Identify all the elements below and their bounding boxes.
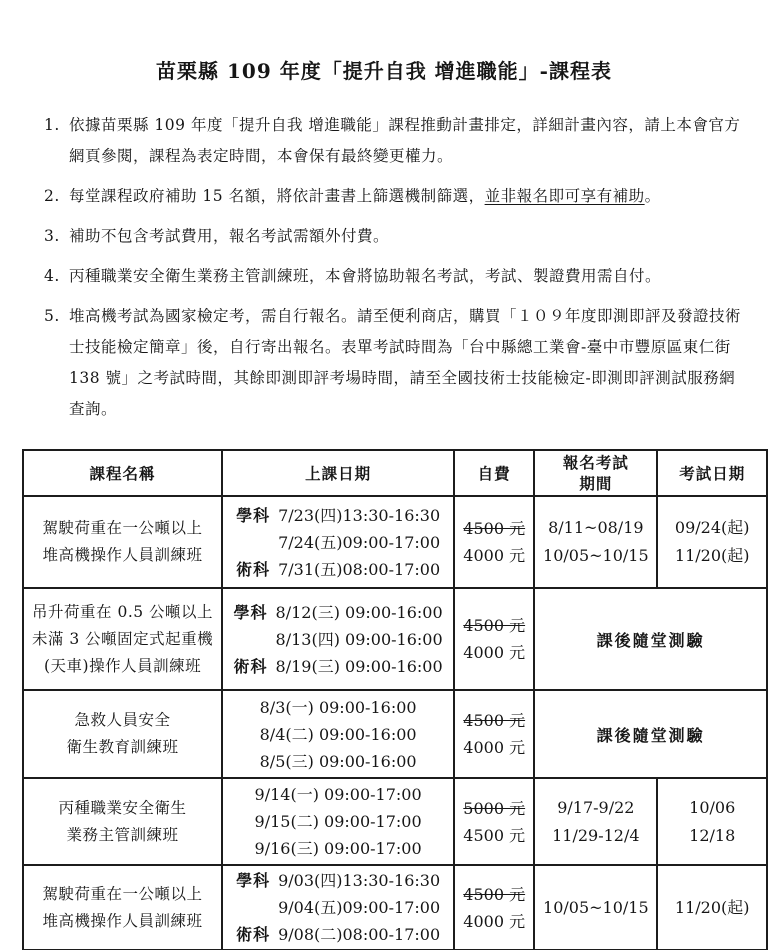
fee-subsidized: 4000 元 [458, 542, 530, 569]
document-page: 苗栗縣 109 年度「提升自我 增進職能」-課程表 1.依據苗栗縣 109 年度… [0, 0, 768, 950]
schedule-line: 術科8/19(三) 09:00-16:00 [234, 653, 443, 680]
fee-original: 4500 元 [458, 707, 530, 734]
schedule-line: 7/24(五)09:00-17:00 [236, 529, 440, 556]
fee-subsidized: 4000 元 [458, 639, 530, 666]
course-table: 課程名稱上課日期自費報名考試 期間考試日期 駕駛荷重在一公噸以上 堆高機操作人員… [22, 449, 768, 950]
schedule-cell: 學科8/12(三) 09:00-16:008/13(四) 09:00-16:00… [222, 588, 454, 690]
class-date: 9/03(四)13:30-16:30 [278, 867, 440, 894]
exam-signup-period-cell: 10/05~10/15 [534, 865, 657, 950]
note-item: 5.堆高機考試為國家檢定考，需自行報名。請至便利商店，購買「１０９年度即測即評及… [44, 301, 742, 425]
table-row: 駕駛荷重在一公噸以上 堆高機操作人員訓練班學科9/03(四)13:30-16:3… [23, 865, 767, 950]
subject-label: 術科 [236, 556, 278, 583]
fee-cell: 5000 元4500 元 [454, 778, 534, 865]
schedule-line: 術科7/31(五)08:00-17:00 [236, 556, 440, 583]
schedule-lines: 學科7/23(四)13:30-16:307/24(五)09:00-17:00術科… [236, 502, 440, 583]
subject-label: 學科 [236, 867, 278, 894]
plain-text: 丙種職業安全衛生業務主管訓練班，本會將協助報名考試，考試、製證費用需自付。 [69, 267, 661, 285]
schedule-lines: 9/14(一) 09:00-17:009/15(二) 09:00-17:009/… [255, 781, 422, 862]
note-item: 3.補助不包含考試費用，報名考試需額外付費。 [44, 221, 742, 252]
exam-date-cell: 09/24(起) 11/20(起) [657, 496, 767, 588]
column-header: 上課日期 [222, 450, 454, 496]
note-text: 每堂課程政府補助 15 名額，將依計畫書上篩選機制篩選，並非報名即可享有補助。 [69, 187, 661, 205]
table-body: 駕駛荷重在一公噸以上 堆高機操作人員訓練班學科7/23(四)13:30-16:3… [23, 496, 767, 950]
table-row: 吊升荷重在 0.5 公噸以上未滿 3 公噸固定式起重機(天車)操作人員訓練班學科… [23, 588, 767, 690]
class-date: 8/4(二) 09:00-16:00 [260, 721, 417, 748]
schedule-cell: 9/14(一) 09:00-17:009/15(二) 09:00-17:009/… [222, 778, 454, 865]
fee-cell: 4500 元4000 元 [454, 496, 534, 588]
fee-cell: 4500 元4000 元 [454, 690, 534, 778]
table-row: 駕駛荷重在一公噸以上 堆高機操作人員訓練班學科7/23(四)13:30-16:3… [23, 496, 767, 588]
column-header: 自費 [454, 450, 534, 496]
fee-cell: 4500 元4000 元 [454, 588, 534, 690]
note-text: 丙種職業安全衛生業務主管訓練班，本會將協助報名考試，考試、製證費用需自付。 [69, 267, 661, 285]
class-date: 9/15(二) 09:00-17:00 [255, 808, 422, 835]
fee-cell: 4500 元4000 元 [454, 865, 534, 950]
subject-label: 學科 [236, 502, 278, 529]
note-item: 4.丙種職業安全衛生業務主管訓練班，本會將協助報名考試，考試、製證費用需自付。 [44, 261, 742, 292]
class-date: 8/5(三) 09:00-16:00 [260, 748, 417, 775]
schedule-line: 9/04(五)09:00-17:00 [236, 894, 440, 921]
course-name-cell: 丙種職業安全衛生 業務主管訓練班 [23, 778, 222, 865]
class-date: 8/12(三) 09:00-16:00 [276, 599, 443, 626]
note-text: 依據苗栗縣 109 年度「提升自我 增進職能」課程推動計畫排定，詳細計畫內容，請… [69, 116, 740, 165]
plain-text: 補助不包含考試費用，報名考試需額外付費。 [69, 227, 389, 245]
course-name-cell: 駕駛荷重在一公噸以上 堆高機操作人員訓練班 [23, 496, 222, 588]
notes-list: 1.依據苗栗縣 109 年度「提升自我 增進職能」課程推動計畫排定，詳細計畫內容… [44, 110, 742, 425]
table-row: 急救人員安全 衛生教育訓練班8/3(一) 09:00-16:008/4(二) 0… [23, 690, 767, 778]
plain-text: 依據苗栗縣 109 年度「提升自我 增進職能」課程推動計畫排定，詳細計畫內容，請… [69, 116, 740, 165]
underlined-text: 並非報名即可享有補助 [485, 187, 645, 205]
subject-label: 學科 [234, 599, 276, 626]
subject-label: 術科 [236, 921, 278, 948]
class-date: 7/31(五)08:00-17:00 [278, 556, 440, 583]
subject-label: 術科 [234, 653, 276, 680]
course-name-cell: 駕駛荷重在一公噸以上 堆高機操作人員訓練班 [23, 865, 222, 950]
subject-label [236, 529, 278, 556]
class-date: 8/13(四) 09:00-16:00 [276, 626, 443, 653]
subject-label [234, 626, 276, 653]
note-text: 補助不包含考試費用，報名考試需額外付費。 [69, 227, 389, 245]
exam-signup-period-cell: 9/17-9/22 11/29-12/4 [534, 778, 657, 865]
schedule-lines: 學科8/12(三) 09:00-16:008/13(四) 09:00-16:00… [234, 599, 443, 680]
fee-subsidized: 4500 元 [458, 822, 530, 849]
fee-subsidized: 4000 元 [458, 908, 530, 935]
header-row: 課程名稱上課日期自費報名考試 期間考試日期 [23, 450, 767, 496]
exam-signup-period-cell: 8/11~08/19 10/05~10/15 [534, 496, 657, 588]
plain-text: 堆高機考試為國家檢定考，需自行報名。請至便利商店，購買「１０９年度即測即評及發證… [69, 307, 741, 418]
after-class-quiz-cell: 課後隨堂測驗 [534, 588, 767, 690]
column-header: 考試日期 [657, 450, 767, 496]
table-head: 課程名稱上課日期自費報名考試 期間考試日期 [23, 450, 767, 496]
schedule-line: 學科9/03(四)13:30-16:30 [236, 867, 440, 894]
plain-text: 每堂課程政府補助 15 名額，將依計畫書上篩選機制篩選， [69, 187, 485, 205]
table-row: 丙種職業安全衛生 業務主管訓練班9/14(一) 09:00-17:009/15(… [23, 778, 767, 865]
fee-original: 4500 元 [458, 612, 530, 639]
schedule-line: 學科8/12(三) 09:00-16:00 [234, 599, 443, 626]
class-date: 8/3(一) 09:00-16:00 [260, 694, 417, 721]
exam-date-cell: 10/06 12/18 [657, 778, 767, 865]
course-name-cell: 吊升荷重在 0.5 公噸以上未滿 3 公噸固定式起重機(天車)操作人員訓練班 [23, 588, 222, 690]
class-date: 8/19(三) 09:00-16:00 [276, 653, 443, 680]
column-header: 課程名稱 [23, 450, 222, 496]
schedule-cell: 學科9/03(四)13:30-16:309/04(五)09:00-17:00術科… [222, 865, 454, 950]
page-title: 苗栗縣 109 年度「提升自我 增進職能」-課程表 [0, 0, 768, 84]
note-number: 5. [44, 301, 60, 332]
class-date: 9/08(二)08:00-17:00 [278, 921, 440, 948]
fee-original: 4500 元 [458, 515, 530, 542]
schedule-cell: 8/3(一) 09:00-16:008/4(二) 09:00-16:008/5(… [222, 690, 454, 778]
class-date: 9/14(一) 09:00-17:00 [255, 781, 422, 808]
class-date: 9/04(五)09:00-17:00 [278, 894, 440, 921]
class-date: 9/16(三) 09:00-17:00 [255, 835, 422, 862]
subject-label [236, 894, 278, 921]
schedule-line: 8/13(四) 09:00-16:00 [234, 626, 443, 653]
schedule-lines: 學科9/03(四)13:30-16:309/04(五)09:00-17:00術科… [236, 867, 440, 948]
schedule-cell: 學科7/23(四)13:30-16:307/24(五)09:00-17:00術科… [222, 496, 454, 588]
fee-subsidized: 4000 元 [458, 734, 530, 761]
note-item: 1.依據苗栗縣 109 年度「提升自我 增進職能」課程推動計畫排定，詳細計畫內容… [44, 110, 742, 172]
schedule-lines: 8/3(一) 09:00-16:008/4(二) 09:00-16:008/5(… [260, 694, 417, 775]
fee-original: 4500 元 [458, 881, 530, 908]
schedule-line: 術科9/08(二)08:00-17:00 [236, 921, 440, 948]
plain-text: 。 [645, 187, 661, 205]
note-number: 4. [44, 261, 60, 292]
class-date: 7/23(四)13:30-16:30 [278, 502, 440, 529]
note-text: 堆高機考試為國家檢定考，需自行報名。請至便利商店，購買「１０９年度即測即評及發證… [69, 307, 741, 418]
exam-date-cell: 11/20(起) [657, 865, 767, 950]
note-item: 2.每堂課程政府補助 15 名額，將依計畫書上篩選機制篩選，並非報名即可享有補助… [44, 181, 742, 212]
course-name-cell: 急救人員安全 衛生教育訓練班 [23, 690, 222, 778]
note-number: 2. [44, 181, 60, 212]
note-number: 3. [44, 221, 60, 252]
note-number: 1. [44, 110, 60, 141]
schedule-line: 學科7/23(四)13:30-16:30 [236, 502, 440, 529]
after-class-quiz-cell: 課後隨堂測驗 [534, 690, 767, 778]
class-date: 7/24(五)09:00-17:00 [278, 529, 440, 556]
fee-original: 5000 元 [458, 795, 530, 822]
column-header: 報名考試 期間 [534, 450, 657, 496]
